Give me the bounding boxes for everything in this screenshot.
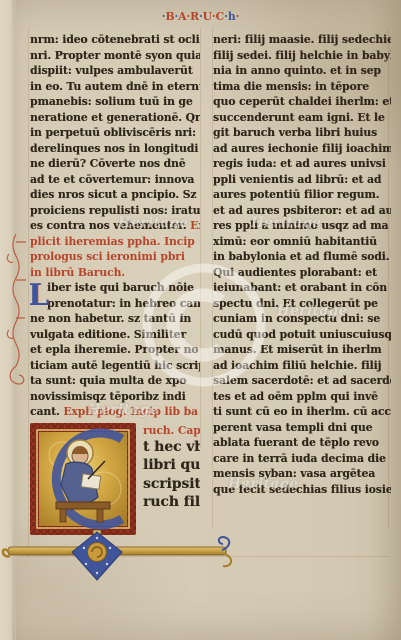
text-line: in eo. Tu autem dnē in eternū [30, 79, 200, 95]
text-line: aures potentiū filior regum. [213, 187, 391, 203]
text-line: neratione et generationē. Qr [30, 110, 200, 126]
body-text: ad ioachim filiū helchie. filij [213, 359, 381, 372]
rubric-text: Ex [190, 219, 200, 232]
body-text: in perpetuū obliviscēris nri: [30, 126, 196, 139]
text-line: iber iste qui baruch nōie [30, 280, 200, 296]
text-line: nia in anno quinto. et in sep [213, 63, 391, 79]
text-line: neri: filij maasie. filij sedechie. [213, 32, 391, 48]
text-line: tes et ad oēm pplm qui invē [213, 389, 391, 405]
text-line: git baruch verba libri huius [213, 125, 391, 141]
body-text: perent vasa templi dni que [213, 421, 372, 434]
text-line: prenotatur: in hebreo cano [30, 296, 200, 312]
text-line: derelinques nos in longitudi [30, 141, 200, 157]
body-text: quo ceperūt chaldei iherlm: et [213, 95, 391, 108]
text-line: ta sunt: quia multa de xpo [30, 373, 200, 389]
body-text: care in terrā iuda decima die [213, 452, 386, 465]
rubric-text: ruch. Cap. 1. [143, 424, 200, 437]
lamentations-text: nrm: ideo cōtenebrati st oclinri. Propte… [30, 32, 200, 234]
heritage-watermark: Heritage [228, 476, 299, 492]
body-text: scripsit ba [143, 476, 200, 492]
text-line: ablata fuerant de tēplo revo [213, 435, 391, 451]
text-line: ruch filius [143, 493, 200, 512]
rubric-text: plicit iheremias ppha. Incip [30, 235, 195, 248]
body-text: filij sedei. filij helchie in babylo [213, 49, 391, 62]
rubric-text: R [190, 10, 199, 23]
tail-right-curl-bottom [223, 554, 231, 566]
text-line: nrm: ideo cōtenebrati st ocli [30, 32, 200, 48]
text-line: salem sacerdotē: et ad sacerdo [213, 373, 391, 389]
rubric-text: C [216, 10, 225, 23]
text-line: ti sunt cū eo in iherlm. cū acci [213, 404, 391, 420]
body-text: iber iste qui baruch nōie [47, 281, 194, 294]
body-text: ablata fuerant de tēplo revo [213, 436, 379, 449]
text-line: regis iuda: et ad aures univsi [213, 156, 391, 172]
body-text: cant. [30, 405, 63, 418]
text-line: t hec vba [143, 438, 200, 457]
body-text: ieiunabant: et orabant in cōn [213, 281, 387, 294]
body-text: neri: filij maasie. filij sedechie. [213, 33, 391, 46]
text-line: dispiit: vulpes ambulaverūt [30, 63, 200, 79]
body-text: t hec vba [143, 439, 200, 455]
text-line: ppli venientis ad librū: et ad [213, 172, 391, 188]
body-text: ad te et cōvertemur: innova [30, 173, 194, 186]
body-text: ppli venientis ad librū: et ad [213, 173, 381, 186]
incipit-row: ruch. Cap. 1.t hec vbalibri quescripsit … [30, 423, 200, 535]
body-text: ne dierū? Cōverte nos dnē [30, 157, 186, 170]
text-line: dies nros sicut a pncipio. Sz [30, 187, 200, 203]
text-line: ad ioachim filiū helchie. filij [213, 358, 391, 374]
body-text: cudū quod potuit uniuscuiusqz [213, 328, 391, 341]
prologue-text: L iber iste qui baruch nōieprenotatur: i… [30, 280, 200, 420]
body-text: novissimisqz tēporibz indi [30, 390, 186, 403]
body-text: git baruch verba libri huius [213, 126, 377, 139]
text-line: Qui audientes plorabant: et [213, 265, 391, 281]
text-line: ximū: eor omniū habitantiū [213, 234, 391, 250]
body-text: aures potentiū filior regum. [213, 188, 379, 201]
body-text: Qui audientes plorabant: et [213, 266, 377, 279]
text-line: ieiunabant: et orabant in cōn [213, 280, 391, 296]
text-line: succenderunt eam igni. Et le [213, 110, 391, 126]
body-text: tes et ad oēm pplm qui invē [213, 390, 378, 403]
body-text: regis iuda: et ad aures univsi [213, 157, 386, 170]
blue-text: h [228, 10, 236, 23]
running-title: ·B·A·R·U·C·h· [0, 6, 401, 25]
text-line: ad te et cōvertemur: innova [30, 172, 200, 188]
body-text: et epla iheremie. Propter no [30, 343, 198, 356]
body-text: ad aures iechonie filij ioachim [213, 142, 391, 155]
body-text: in eo. Tu autem dnē in eternū [30, 80, 200, 93]
text-line: in perpetuū obliviscēris nri: [30, 125, 200, 141]
text-line: manus. Et miserūt in iherlm [213, 342, 391, 358]
rubric-text: · [236, 10, 240, 23]
body-text: manus. Et miserūt in iherlm [213, 343, 382, 356]
text-line: cudū quod potuit uniuscuiusqz [213, 327, 391, 343]
ruling-line [200, 28, 201, 448]
text-line: ticiam autē legentiū hic scrip [30, 358, 200, 374]
text-line: pmanebis: solium tuū in ge [30, 94, 200, 110]
rubric-text: in librū Baruch. [30, 266, 125, 279]
body-text: ta sunt: quia multa de xpo [30, 374, 186, 387]
body-text: succenderunt eam igni. Et le [213, 111, 385, 124]
text-line: ruch. Cap. 1. [143, 424, 200, 438]
margin-penwork [3, 234, 29, 404]
incipit-side-text: ruch. Cap. 1.t hec vbalibri quescripsit … [143, 423, 200, 535]
text-line: ad aures iechonie filij ioachim [213, 141, 391, 157]
initial-tail-flourish [0, 530, 240, 592]
rubric-explicit-incipit: plicit iheremias ppha. Incipprologus sci… [30, 234, 200, 281]
text-line: plicit iheremias ppha. Incip [30, 234, 200, 250]
text-line: in babylonia et ad flumē sodi. [213, 249, 391, 265]
text-line: filij sedei. filij helchie in babylo [213, 48, 391, 64]
historiated-initial-E [30, 423, 136, 535]
text-line: nri. Propter montē syon quia [30, 48, 200, 64]
body-text: tima die mensis: in tēpore [213, 80, 369, 93]
body-text: in babylonia et ad flumē sodi. [213, 250, 389, 263]
body-text: ti sunt cū eo in iherlm. cū acci [213, 405, 391, 418]
text-line: quo ceperūt chaldei iherlm: et [213, 94, 391, 110]
heritage-watermark: Heritage [277, 303, 348, 319]
text-line: prologus sci ieronimi pbri [30, 249, 200, 265]
body-text: nia in anno quinto. et in sep [213, 64, 381, 77]
bench [56, 502, 110, 509]
text-line: scripsit ba [143, 475, 200, 494]
prologue-lines: iber iste qui baruch nōieprenotatur: in … [30, 280, 200, 420]
body-text: vulgata editione. Similiter [30, 328, 186, 341]
initial-L: L [30, 281, 49, 311]
right-text-column: neri: filij maasie. filij sedechie.filij… [213, 32, 391, 497]
text-line: in librū Baruch. [30, 265, 200, 281]
text-line: ne dierū? Cōverte nos dnē [30, 156, 200, 172]
body-text: nri. Propter montē syon quia [30, 49, 200, 62]
heritage-watermark: Heritage [251, 215, 322, 231]
body-text: dies nros sicut a pncipio. Sz [30, 188, 196, 201]
text-line: libri que [143, 456, 200, 475]
body-text: pmanebis: solium tuū in ge [30, 95, 193, 108]
body-text: ruch filius [143, 494, 200, 510]
text-line: perent vasa templi dni que [213, 420, 391, 436]
body-text: derelinques nos in longitudi [30, 142, 198, 155]
manuscript-page: ·B·A·R·U·C·h· nrm: ideo cōtenebrati st o… [0, 0, 401, 640]
body-text: ne non habetur. sz tantū in [30, 312, 191, 325]
text-line: et epla iheremie. Propter no [30, 342, 200, 358]
body-text: prenotatur: in hebreo cano [47, 297, 200, 310]
text-line: vulgata editione. Similiter [30, 327, 200, 343]
left-text-column: nrm: ideo cōtenebrati st oclinri. Propte… [30, 32, 200, 535]
body-text: salem sacerdotē: et ad sacerdo [213, 374, 391, 387]
rubric-text: U [203, 10, 212, 23]
rubric-text: prologus sci ieronimi pbri [30, 250, 185, 263]
text-line: ·B·A·R·U·C·h· [162, 10, 239, 23]
text-line: ne non habetur. sz tantū in [30, 311, 200, 327]
text-line: care in terrā iuda decima die [213, 451, 391, 467]
body-text: libri que [143, 457, 200, 473]
body-text: nrm: ideo cōtenebrati st ocli [30, 33, 200, 46]
heritage-watermark: Heritage [118, 215, 189, 231]
body-text: ticiam autē legentiū hic scrip [30, 359, 200, 372]
body-text: dispiit: vulpes ambulaverūt [30, 64, 193, 77]
heritage-watermark: Heritage [88, 402, 159, 418]
text-line: tima die mensis: in tēpore [213, 79, 391, 95]
body-text: ximū: eor omniū habitantiū [213, 235, 377, 248]
body-text: neratione et generationē. Qr [30, 111, 200, 124]
